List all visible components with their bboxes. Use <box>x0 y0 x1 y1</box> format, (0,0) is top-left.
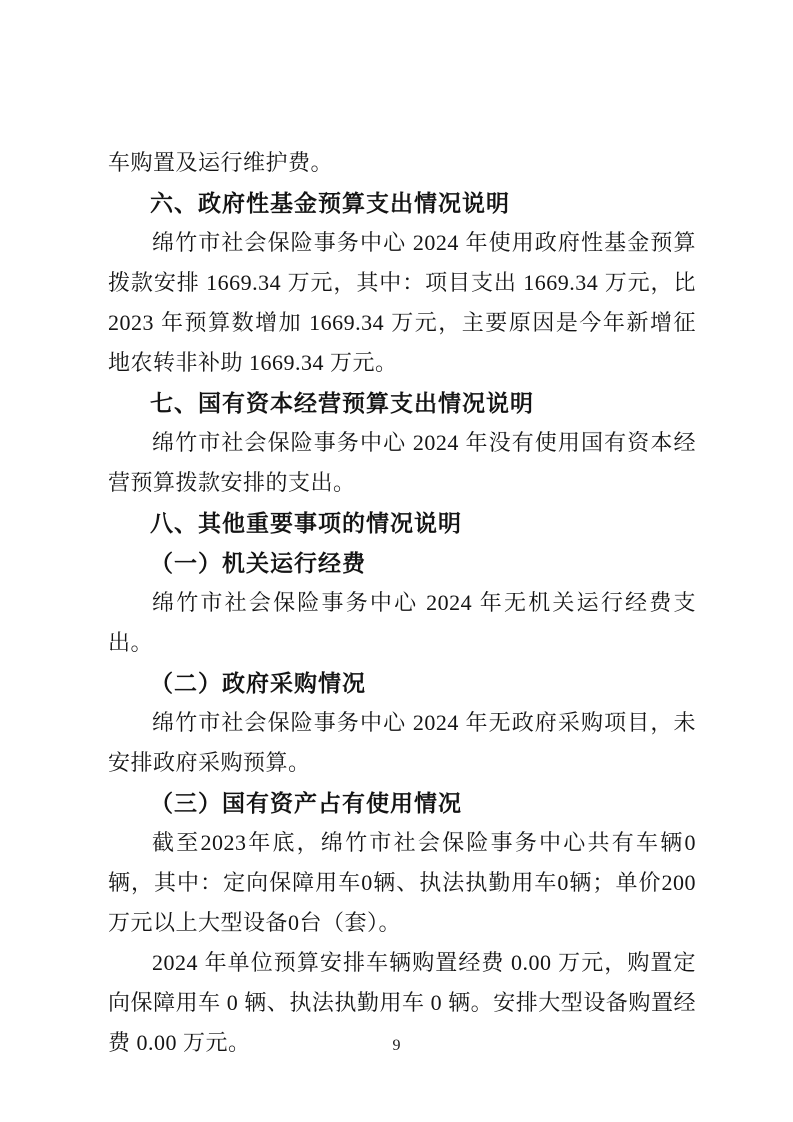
section-heading-6: 六、政府性基金预算支出情况说明 <box>108 183 696 223</box>
section-heading-7: 七、国有资本经营预算支出情况说明 <box>108 383 696 423</box>
paragraph-continuation: 车购置及运行维护费。 <box>108 143 696 183</box>
paragraph: 绵竹市社会保险事务中心 2024 年使用政府性基金预算拨款安排 1669.34 … <box>108 223 696 383</box>
subsection-heading-2: （二）政府采购情况 <box>108 663 696 703</box>
paragraph: 绵竹市社会保险事务中心 2024 年无政府采购项目，未安排政府采购预算。 <box>108 703 696 783</box>
section-heading-8: 八、其他重要事项的情况说明 <box>108 503 696 543</box>
document-page: 车购置及运行维护费。 六、政府性基金预算支出情况说明 绵竹市社会保险事务中心 2… <box>0 0 793 1122</box>
subsection-heading-1: （一）机关运行经费 <box>108 543 696 583</box>
page-number: 9 <box>0 1036 793 1056</box>
paragraph: 截至2023年底，绵竹市社会保险事务中心共有车辆0辆，其中：定向保障用车0辆、执… <box>108 823 696 943</box>
paragraph: 绵竹市社会保险事务中心 2024 年没有使用国有资本经营预算拨款安排的支出。 <box>108 423 696 503</box>
paragraph: 绵竹市社会保险事务中心 2024 年无机关运行经费支出。 <box>108 583 696 663</box>
subsection-heading-3: （三）国有资产占有使用情况 <box>108 783 696 823</box>
document-body: 车购置及运行维护费。 六、政府性基金预算支出情况说明 绵竹市社会保险事务中心 2… <box>108 143 696 1063</box>
